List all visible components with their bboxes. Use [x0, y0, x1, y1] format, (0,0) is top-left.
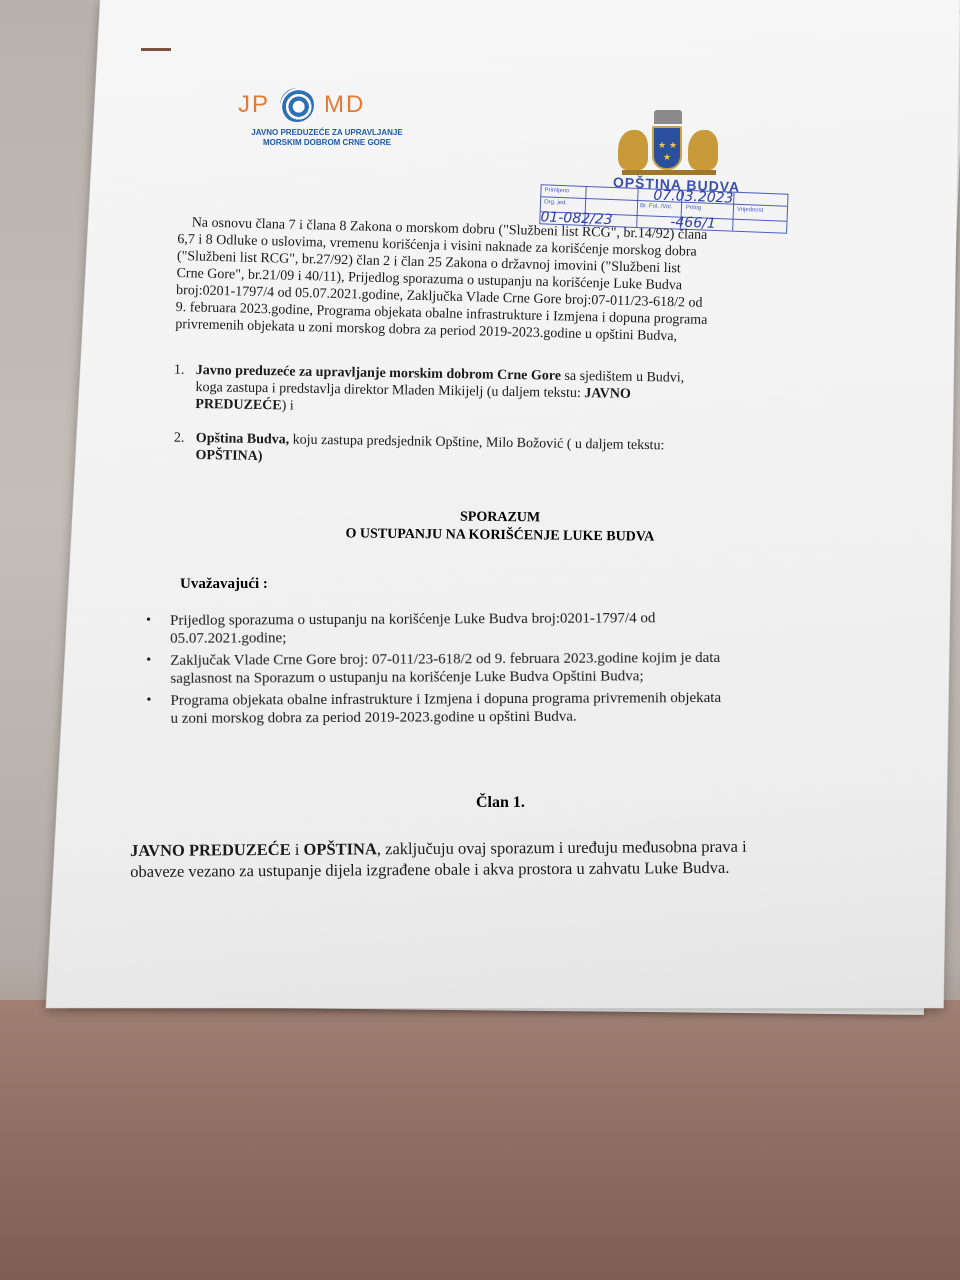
party-alias: JAVNO PREDUZEĆE	[130, 840, 291, 860]
lion-right-icon	[688, 130, 718, 170]
logo-subtitle: JAVNO PREDUZEĆE ZA UPRAVLJANJE MORSKIM D…	[242, 128, 412, 148]
party-1: 1. Javno preduzeće za upravljanje morski…	[195, 362, 796, 422]
shield-icon: ★ ★ ★	[652, 126, 682, 170]
list-item-line: saglasnost na Sporazum o ustupanju na ko…	[170, 666, 830, 687]
agreement-title: SPORAZUM O USTUPANJU NA KORIŠĆENJE LUKE …	[300, 507, 700, 547]
party-text: )	[258, 449, 263, 464]
list-item-line: 05.07.2021.godine;	[170, 626, 830, 647]
party-alias: JAVNO	[584, 386, 631, 402]
stamp-label: Prilog	[686, 205, 702, 212]
party-alias: PREDUZEĆE	[195, 397, 282, 413]
list-item: Prijedlog sporazuma o ustupanju na koriš…	[140, 608, 830, 648]
considering-label: Uvažavajući :	[180, 576, 268, 593]
party-text: ) i	[282, 398, 294, 413]
party-text: sa sjedištem u Budvi,	[561, 369, 685, 386]
considering-list: Prijedlog sporazuma o ustupanju na koriš…	[140, 608, 831, 732]
stamp-label: Vrijednost	[737, 207, 764, 214]
party-alias: OPŠTINA	[303, 839, 376, 859]
party-number: 1.	[174, 362, 185, 379]
party-number: 2.	[174, 430, 185, 447]
crown-icon	[654, 110, 682, 124]
article-text: , zaključuju ovaj sporazum i uređuju međ…	[377, 837, 747, 859]
logo-text-right: MD	[324, 91, 365, 119]
stamp-label: Primljeno	[544, 187, 569, 194]
stamp-date: 07.03.2023	[653, 188, 734, 207]
party-alias: OPŠTINA	[195, 448, 257, 464]
stamp-label: Org. jed.	[544, 199, 567, 206]
staple-mark	[141, 48, 171, 51]
list-item: Programa objekata obalne infrastrukture …	[140, 688, 830, 728]
table-surface	[0, 1000, 960, 1280]
jpmd-logo: JP MD JAVNO PREDUZEĆE ZA UPRAVLJANJE MOR…	[238, 88, 412, 148]
party-name: Opština Budva,	[196, 431, 290, 447]
logo-text-left: JP	[238, 91, 270, 119]
list-item-line: u zoni morskog dobra za period 2019-2023…	[171, 706, 831, 727]
logo-subtitle-line1: JAVNO PREDUZEĆE ZA UPRAVLJANJE	[242, 128, 412, 138]
lion-left-icon	[618, 130, 648, 170]
list-item: Zaključak Vlade Crne Gore broj: 07-011/2…	[140, 648, 830, 688]
article-1-body: JAVNO PREDUZEĆE i OPŠTINA, zaključuju ov…	[130, 835, 842, 882]
budva-coat-of-arms-icon: ★ ★ ★	[614, 120, 724, 180]
article-text: i	[291, 840, 304, 859]
shell-swirl-icon	[280, 88, 314, 122]
article-1-heading: Član 1.	[476, 794, 525, 812]
preamble-paragraph: Na osnovu člana 7 i člana 8 Zakona o mor…	[175, 214, 778, 348]
logo-subtitle-line2: MORSKIM DOBROM CRNE GORE	[242, 138, 412, 148]
